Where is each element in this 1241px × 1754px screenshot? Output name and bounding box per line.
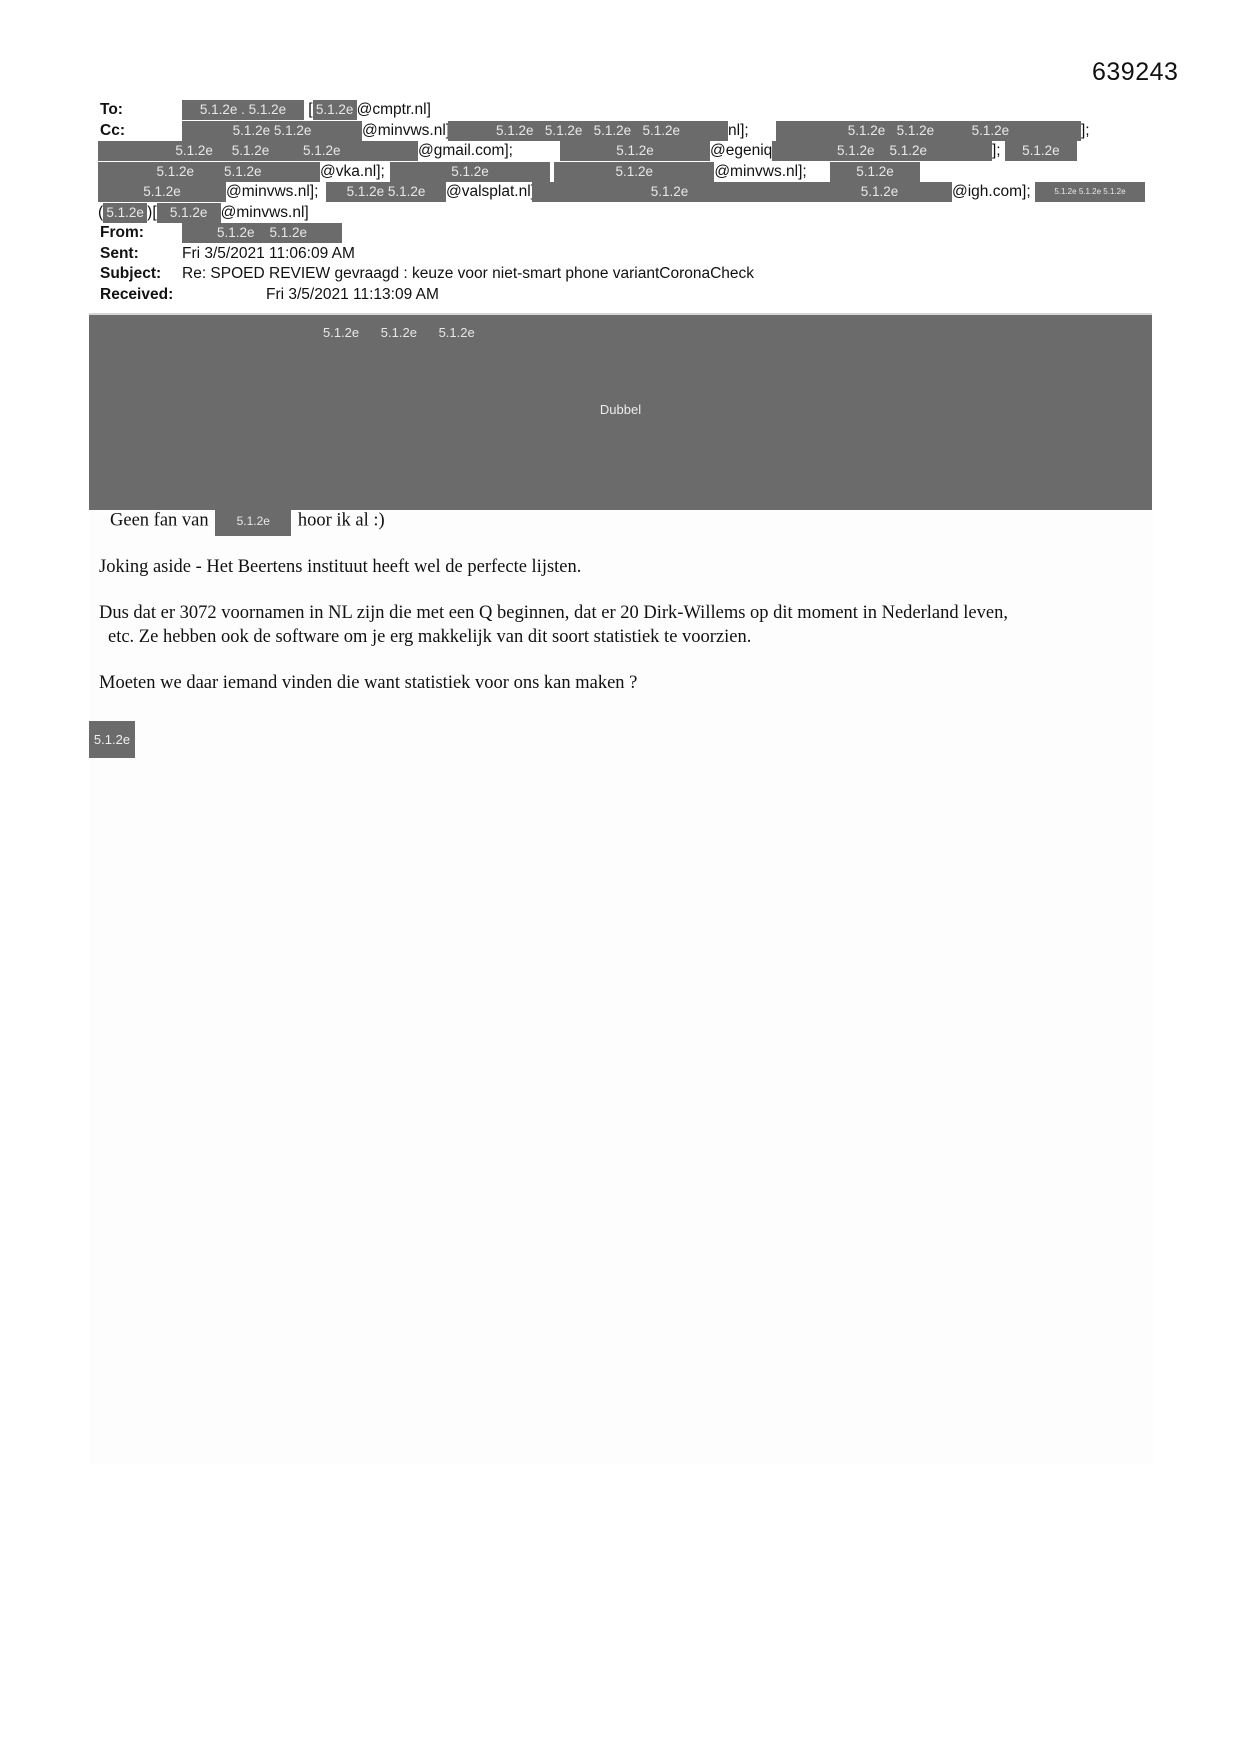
redaction: 5.1.2e bbox=[313, 100, 357, 120]
cc-row-5: (5.1.2e)[5.1.2e@minvws.nl] bbox=[100, 203, 1160, 224]
message-paragraph-2: Joking aside - Het Beertens instituut he… bbox=[99, 557, 581, 578]
redaction: 5.1.2e bbox=[103, 203, 147, 223]
redaction: 5.1.2e bbox=[807, 182, 952, 202]
to-domain: @cmptr.nl] bbox=[357, 100, 431, 121]
redaction: 5.1.2e bbox=[215, 506, 291, 536]
redaction: 5.1.2e 5.1.2e 5.1.2e bbox=[98, 141, 418, 161]
redaction: 5.1.2e bbox=[560, 141, 710, 161]
sent-value: Fri 3/5/2021 11:06:09 AM bbox=[182, 244, 355, 265]
redaction: 5.1.2e bbox=[1005, 141, 1077, 161]
redaction: 5.1.2e 5.1.2e bbox=[182, 223, 342, 243]
redaction: 5.1.2e bbox=[830, 162, 920, 182]
received-row: Received: Fri 3/5/2021 11:13:09 AM bbox=[100, 285, 1160, 306]
cc-row-4: 5.1.2e@minvws.nl]; 5.1.2e 5.1.2e@valspla… bbox=[100, 182, 1160, 203]
cc-row-3: 5.1.2e 5.1.2e@vka.nl]; 5.1.2e 5.1.2e@min… bbox=[100, 162, 1160, 183]
cc-row-2: 5.1.2e 5.1.2e 5.1.2e@gmail.com]; 5.1.2e@… bbox=[100, 141, 1160, 162]
cc-domain: @igh.com]; bbox=[952, 182, 1031, 203]
subject-row: Subject: Re: SPOED REVIEW gevraagd : keu… bbox=[100, 264, 1160, 285]
subject-label: Subject: bbox=[100, 264, 161, 285]
received-value: Fri 3/5/2021 11:13:09 AM bbox=[266, 285, 439, 306]
sent-label: Sent: bbox=[100, 244, 139, 265]
cc-domain: @gmail.com]; bbox=[418, 141, 513, 162]
sent-row: Sent: Fri 3/5/2021 11:06:09 AM bbox=[100, 244, 1160, 265]
to-row: To: 5.1.2e . 5.1.2e [5.1.2e@cmptr.nl] bbox=[100, 100, 1160, 121]
cc-domain: nl]; bbox=[728, 121, 749, 142]
message-line-1: Geen fan van 5.1.2e hoor ik al :) bbox=[110, 506, 385, 536]
redaction: 5.1.2e 5.1.2e 5.1.2e bbox=[776, 121, 1081, 141]
redaction: 5.1.2e 5.1.2e bbox=[182, 121, 362, 141]
redaction: 5.1.2e 5.1.2e 5.1.2e bbox=[1035, 182, 1145, 202]
cc-domain: ]; bbox=[992, 141, 1001, 162]
redacted-banner: 5.1.2e 5.1.2e 5.1.2e Dubbel bbox=[89, 313, 1152, 510]
subject-value: Re: SPOED REVIEW gevraagd : keuze voor n… bbox=[182, 264, 754, 285]
cc-domain: ]; bbox=[1081, 121, 1090, 142]
cc-domain: @minvws.nl] bbox=[221, 203, 309, 224]
banner-label: Dubbel bbox=[89, 402, 1152, 417]
banner-redaction-ids: 5.1.2e 5.1.2e 5.1.2e bbox=[323, 325, 493, 340]
message-paragraph-3-line-1: Dus dat er 3072 voornamen in NL zijn die… bbox=[99, 603, 1008, 624]
cc-domain: @minvws.nl]; bbox=[362, 121, 454, 142]
redaction: 5.1.2e bbox=[532, 182, 807, 202]
redaction: 5.1.2e 5.1.2e bbox=[772, 141, 992, 161]
redaction: 5.1.2e 5.1.2e bbox=[98, 162, 320, 182]
cc-row-1: Cc: 5.1.2e 5.1.2e@minvws.nl]; 5.1.2e 5.1… bbox=[100, 121, 1160, 142]
message-paragraph-4: Moeten we daar iemand vinden die want st… bbox=[99, 673, 637, 694]
signature-redaction: 5.1.2e bbox=[89, 721, 135, 758]
cc-domain: @minvws.nl]; bbox=[714, 162, 806, 183]
redaction: 5.1.2e 5.1.2e bbox=[326, 182, 446, 202]
cc-label: Cc: bbox=[100, 121, 125, 142]
redaction: 5.1.2e 5.1.2e 5.1.2e 5.1.2e bbox=[448, 121, 728, 141]
email-header: To: 5.1.2e . 5.1.2e [5.1.2e@cmptr.nl] Cc… bbox=[100, 100, 1160, 305]
redaction: 5.1.2e bbox=[554, 162, 714, 182]
cc-domain: @minvws.nl]; bbox=[226, 182, 318, 203]
redaction: 5.1.2e bbox=[157, 203, 221, 223]
cc-domain: @vka.nl]; bbox=[320, 162, 385, 183]
to-label: To: bbox=[100, 100, 123, 121]
cc-domain: @valsplat.nl]; bbox=[446, 182, 539, 203]
redaction: 5.1.2e . 5.1.2e bbox=[182, 100, 304, 120]
document-id: 639243 bbox=[1092, 58, 1178, 87]
message-paragraph-3-line-2: etc. Ze hebben ook de software om je erg… bbox=[108, 627, 751, 648]
from-row: From: 5.1.2e 5.1.2e bbox=[100, 223, 1160, 244]
redaction: 5.1.2e bbox=[390, 162, 550, 182]
redaction: 5.1.2e bbox=[98, 182, 226, 202]
received-label: Received: bbox=[100, 285, 173, 306]
from-label: From: bbox=[100, 223, 144, 244]
